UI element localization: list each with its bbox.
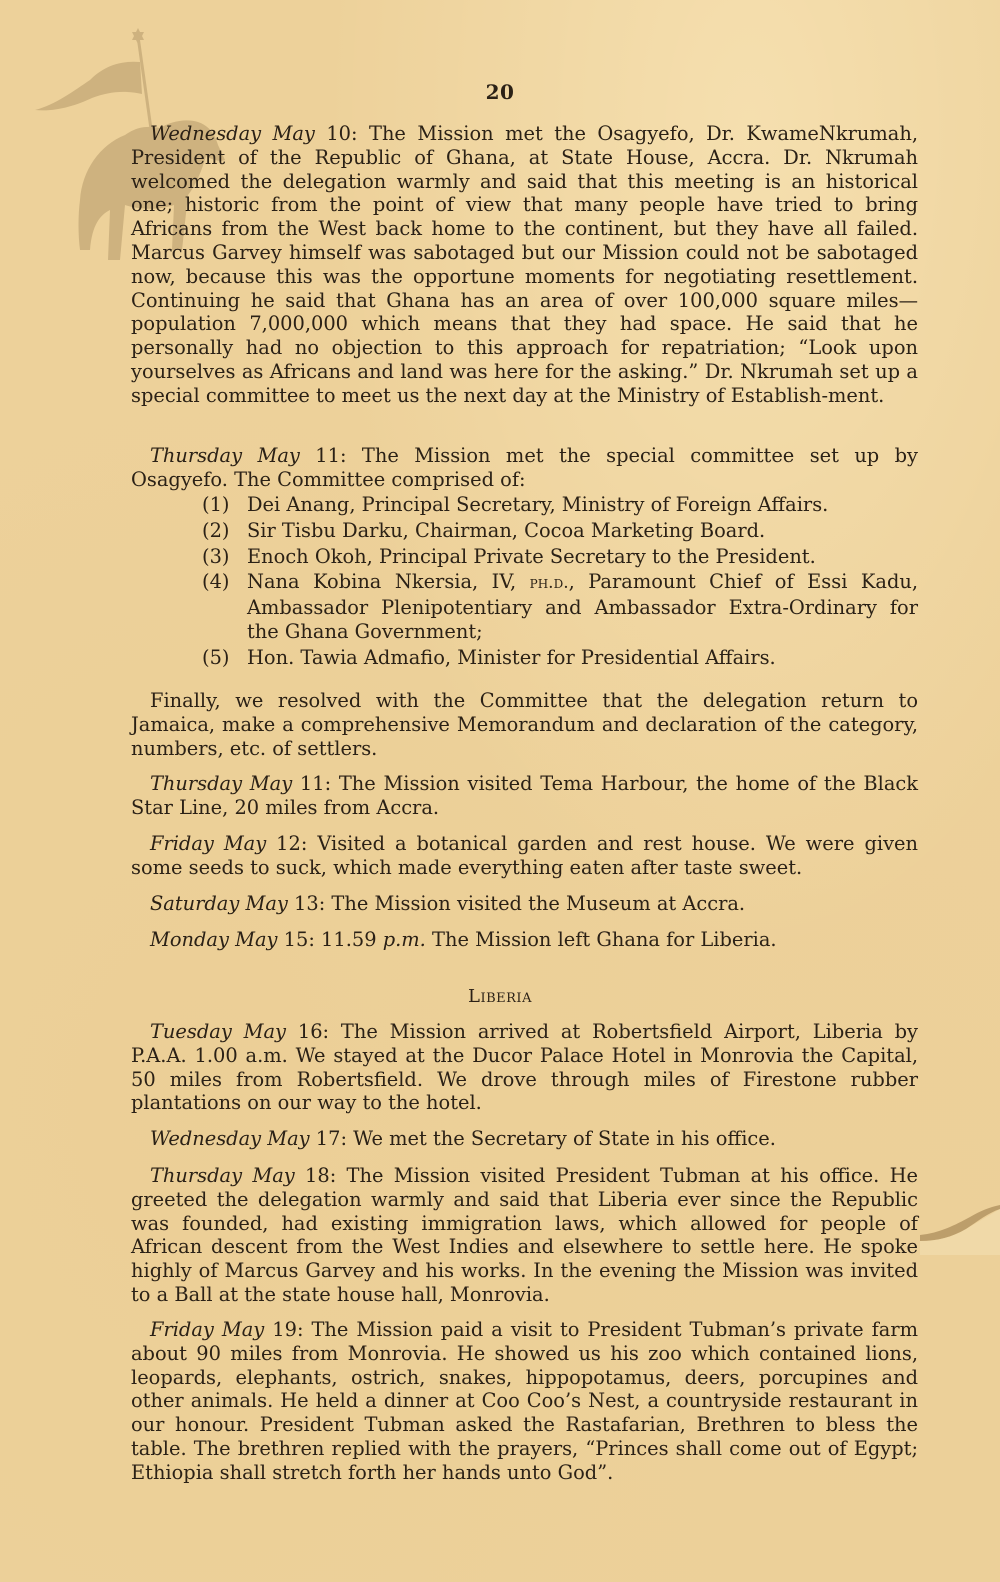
list-item: (3) Enoch Okoh, Principal Private Secret… <box>202 545 918 569</box>
page-number: 20 <box>0 80 1000 104</box>
entry-date: 12 <box>276 832 301 855</box>
entry-text: The Mission left Ghana for Liberia. <box>426 928 777 951</box>
list-text: Dei Anang, Principal Secretary, Ministry… <box>247 493 828 516</box>
list-index: (2) <box>202 519 229 543</box>
entry-day: Thursday May <box>150 1164 295 1187</box>
section-heading-liberia: Liberia <box>0 986 1000 1007</box>
list-item: (4) Nana Kobina Nkersia, IV, ph.d., Para… <box>202 570 918 643</box>
entry-wednesday-may-17: Wednesday May 17: We met the Secretary o… <box>131 1127 918 1151</box>
entry-wednesday-may-10: Wednesday May 10: The Mission met the Os… <box>131 122 918 408</box>
entry-thursday-may-11-tema: Thursday May 11: The Mission visited Tem… <box>131 772 918 820</box>
entry-date: 17 <box>316 1127 341 1150</box>
list-text: Enoch Okoh, Principal Private Secretary … <box>247 545 816 568</box>
entry-day: Wednesday May <box>150 1127 310 1150</box>
entry-date: 10 <box>326 122 351 145</box>
entry-day: Tuesday May <box>150 1020 286 1043</box>
entry-day: Thursday May <box>150 444 300 467</box>
entry-date: 13 <box>294 892 319 915</box>
entry-day: Monday May <box>150 928 277 951</box>
entry-day: Thursday May <box>150 772 292 795</box>
document-page: 20 Wednesday May 10: The Mission met the… <box>0 0 1000 1582</box>
entry-thursday-may-18: Thursday May 18: The Mission visited Pre… <box>131 1164 918 1307</box>
entry-day: Friday May <box>150 1318 264 1341</box>
entry-time-suffix: p.m. <box>383 928 426 951</box>
list-index: (1) <box>202 493 229 517</box>
paper-tear-mark <box>920 1195 1000 1255</box>
entry-saturday-may-13: Saturday May 13: The Mission visited the… <box>131 892 918 916</box>
entry-date: 19 <box>272 1318 297 1341</box>
paragraph-text: Finally, we resolved with the Committee … <box>131 689 918 760</box>
entry-friday-may-12: Friday May 12: Visited a botanical garde… <box>131 832 918 880</box>
entry-day: Saturday May <box>150 892 288 915</box>
list-text: Sir Tisbu Darku, Chairman, Cocoa Marketi… <box>247 519 765 542</box>
entry-date: 18 <box>305 1164 330 1187</box>
entry-tuesday-may-16: Tuesday May 16: The Mission arrived at R… <box>131 1020 918 1115</box>
list-item: (1) Dei Anang, Principal Secretary, Mini… <box>202 493 918 517</box>
committee-list: (1) Dei Anang, Principal Secretary, Mini… <box>202 493 918 670</box>
entry-text: : The Mission paid a visit to President … <box>131 1318 918 1484</box>
entry-text: : We met the Secretary of State in his o… <box>340 1127 775 1150</box>
entry-friday-may-19: Friday May 19: The Mission paid a visit … <box>131 1318 918 1485</box>
entry-text: : The Mission visited the Museum at Accr… <box>319 892 745 915</box>
entry-day: Wednesday May <box>150 122 315 145</box>
entry-date: 11 <box>300 772 325 795</box>
list-text: Hon. Tawia Admafio, Minister for Preside… <box>247 646 776 669</box>
entry-day: Friday May <box>150 832 266 855</box>
entry-date: 16 <box>298 1020 323 1043</box>
list-index: (5) <box>202 646 229 670</box>
entry-monday-may-15: Monday May 15: 11.59 p.m. The Mission le… <box>131 928 918 952</box>
entry-date: 15 <box>284 928 309 951</box>
list-index: (3) <box>202 545 229 569</box>
list-item: (5) Hon. Tawia Admafio, Minister for Pre… <box>202 646 918 670</box>
entry-date: 11 <box>315 444 340 467</box>
entry-thursday-may-11-committee: Thursday May 11: The Mission met the spe… <box>131 444 918 492</box>
list-item: (2) Sir Tisbu Darku, Chairman, Cocoa Mar… <box>202 519 918 543</box>
entry-text: : The Mission met the Osagyefo, Dr. Kwam… <box>131 122 918 407</box>
degree-abbrev: ph.d. <box>530 573 569 593</box>
list-index: (4) <box>202 570 229 594</box>
paragraph-finally: Finally, we resolved with the Committee … <box>131 689 918 760</box>
entry-time: : 11.59 <box>308 928 382 951</box>
list-text-before: Nana Kobina Nkersia, IV, <box>247 570 530 593</box>
